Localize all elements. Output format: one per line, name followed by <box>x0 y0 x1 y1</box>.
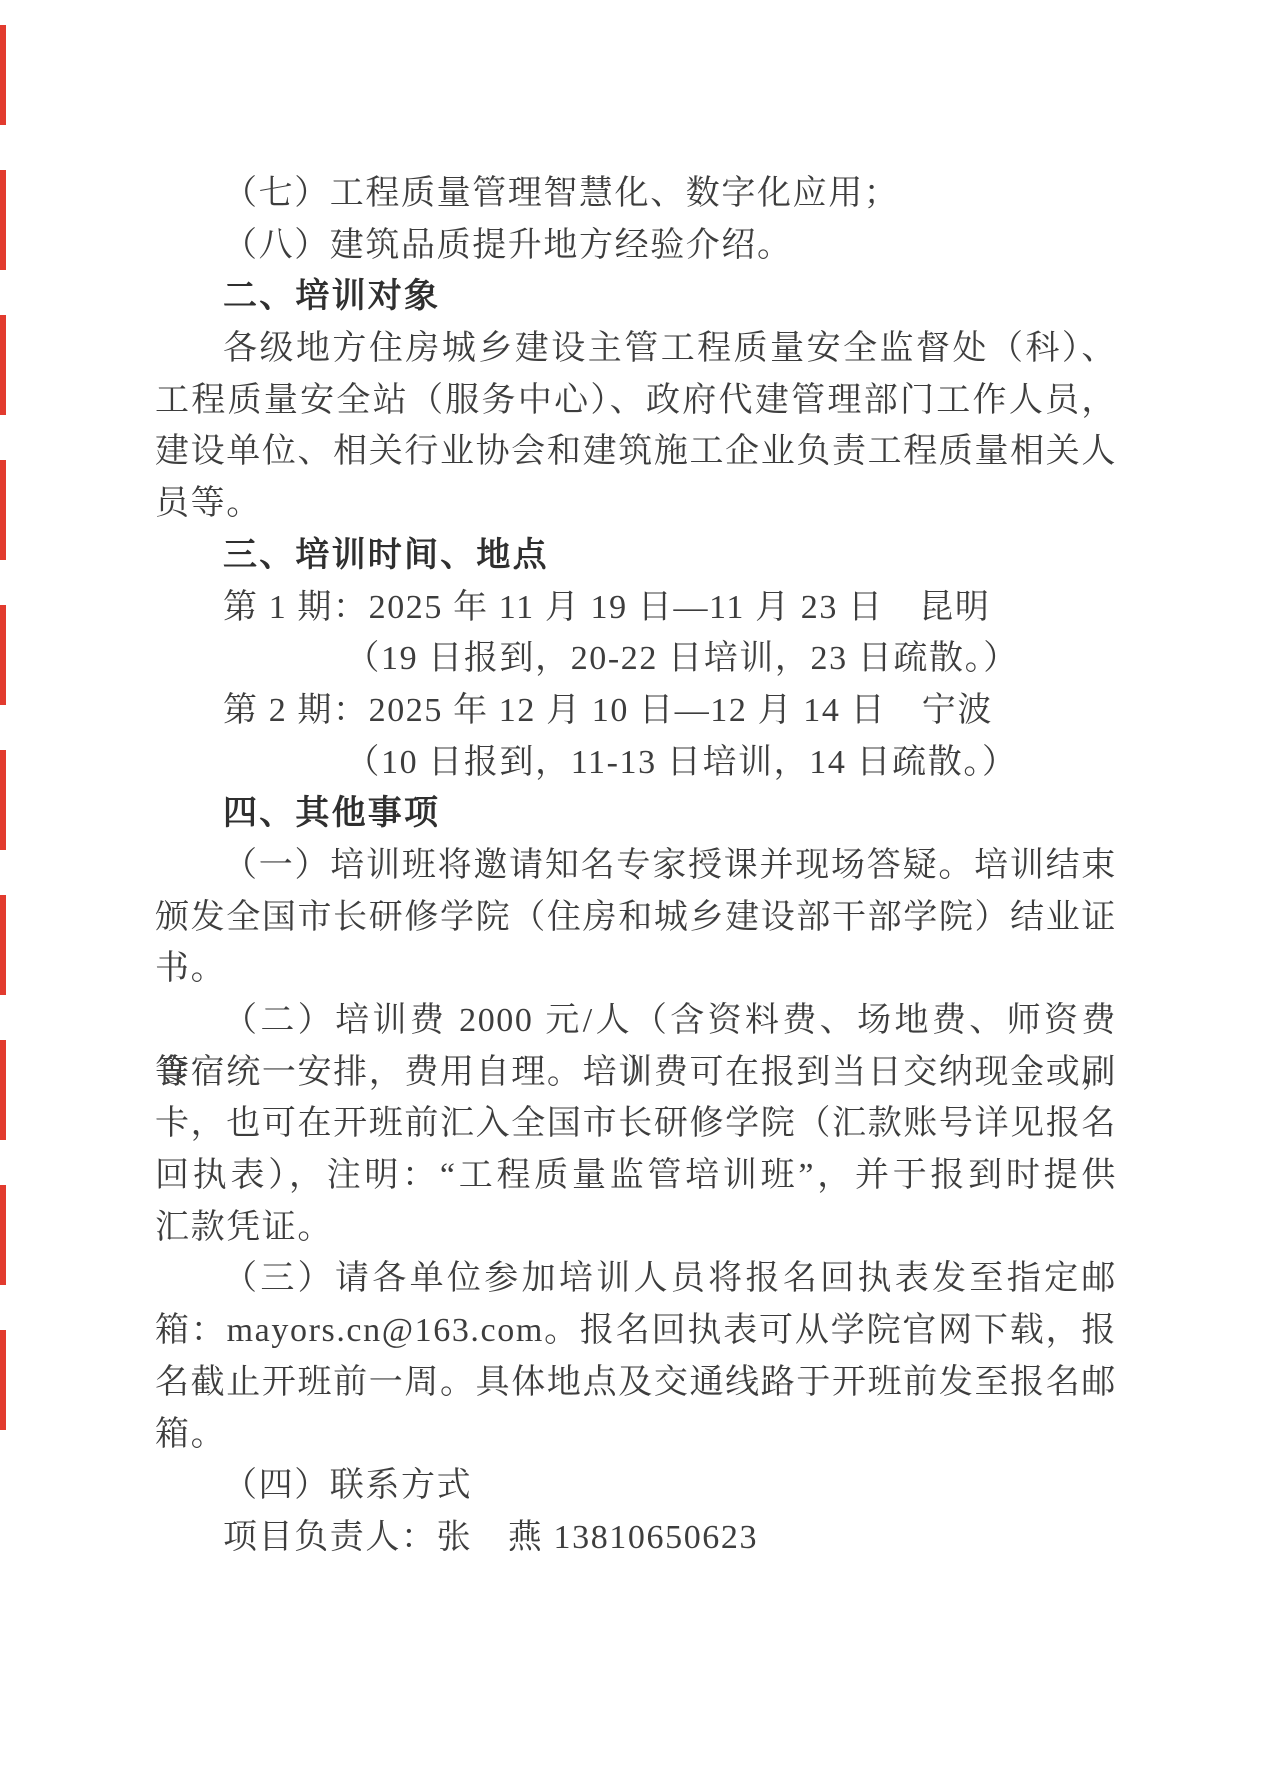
document-line: 书。 <box>155 943 1117 995</box>
document-body: （七）工程质量管理智慧化、数字化应用；（八）建筑品质提升地方经验介绍。二、培训对… <box>155 168 1117 1564</box>
document-line: 各级地方住房城乡建设主管工程质量安全监督处（科）、 <box>155 323 1117 375</box>
scan-artifact-mark <box>0 750 6 850</box>
scan-artifact-mark <box>0 1330 6 1430</box>
document-line: 工程质量安全站（服务中心）、政府代建管理部门工作人员， <box>155 375 1117 427</box>
document-page: （七）工程质量管理智慧化、数字化应用；（八）建筑品质提升地方经验介绍。二、培训对… <box>0 0 1268 1789</box>
document-line: 二、培训对象 <box>155 271 1117 323</box>
document-line: 回执表），注明：“工程质量监管培训班”，并于报到时提供 <box>155 1150 1117 1202</box>
scan-artifact-mark <box>0 25 6 125</box>
document-line: 食宿统一安排，费用自理。培训费可在报到当日交纳现金或刷 <box>155 1047 1117 1099</box>
document-line: （八）建筑品质提升地方经验介绍。 <box>155 220 1117 272</box>
document-line: （10 日报到，11-13 日培训，14 日疏散。） <box>155 737 1117 789</box>
document-line: 员等。 <box>155 478 1117 530</box>
document-line: 项目负责人：张 燕 13810650623 <box>155 1512 1117 1564</box>
document-line: 建设单位、相关行业协会和建筑施工企业负责工程质量相关人 <box>155 426 1117 478</box>
scan-artifact-mark <box>0 1040 6 1140</box>
document-line: （19 日报到，20-22 日培训，23 日疏散。） <box>155 633 1117 685</box>
scan-artifact-mark <box>0 170 6 270</box>
document-line: 三、培训时间、地点 <box>155 530 1117 582</box>
scan-artifact-mark <box>0 895 6 995</box>
scan-artifact-mark <box>0 605 6 705</box>
document-line: （一）培训班将邀请知名专家授课并现场答疑。培训结束 <box>155 840 1117 892</box>
document-line: （七）工程质量管理智慧化、数字化应用； <box>155 168 1117 220</box>
document-line: 汇款凭证。 <box>155 1202 1117 1254</box>
document-line: 箱：mayors.cn@163.com。报名回执表可从学院官网下载，报 <box>155 1305 1117 1357</box>
document-line: （二）培训费 2000 元/人（含资料费、场地费、师资费等）， <box>155 995 1117 1047</box>
scan-artifact-mark <box>0 460 6 560</box>
document-line: （四）联系方式 <box>155 1460 1117 1512</box>
document-line: 卡，也可在开班前汇入全国市长研修学院（汇款账号详见报名 <box>155 1098 1117 1150</box>
document-line: 颁发全国市长研修学院（住房和城乡建设部干部学院）结业证 <box>155 892 1117 944</box>
document-line: 名截止开班前一周。具体地点及交通线路于开班前发至报名邮 <box>155 1357 1117 1409</box>
scan-artifact-mark <box>0 1185 6 1285</box>
document-line: 第 2 期：2025 年 12 月 10 日—12 月 14 日 宁波 <box>155 685 1117 737</box>
scan-artifact-mark <box>0 315 6 415</box>
document-line: 四、其他事项 <box>155 788 1117 840</box>
document-line: （三）请各单位参加培训人员将报名回执表发至指定邮 <box>155 1253 1117 1305</box>
document-line: 箱。 <box>155 1409 1117 1461</box>
document-line: 第 1 期：2025 年 11 月 19 日—11 月 23 日 昆明 <box>155 582 1117 634</box>
